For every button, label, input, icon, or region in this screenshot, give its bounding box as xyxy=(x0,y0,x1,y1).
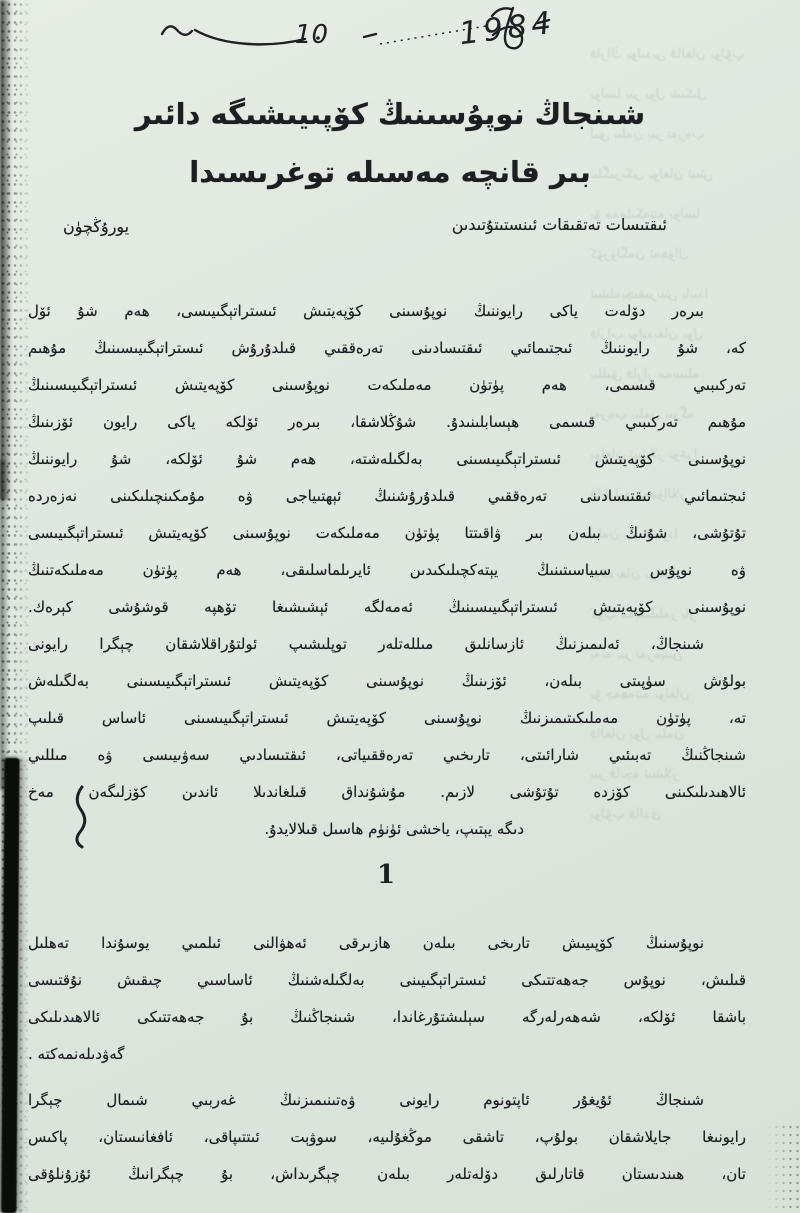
byline-author: يورۇڭچۈن xyxy=(63,217,129,236)
text-line: رايونىغا جايلاشقان بولۇپ، تاشقى موڭغۇلىي… xyxy=(28,1119,746,1156)
text-line: تەركىبىي قىسمى، ھەم پۈتۈن مەملىكەت نوپۇس… xyxy=(28,367,746,404)
text-line: نوپۇسنىڭ كۆپىيىش تارىخى بىلەن ھازىرقى ئە… xyxy=(28,925,746,962)
text-line: ۋە نوپۇس سىياسىتىنىڭ يېتەكچىلىكىدىن ئاير… xyxy=(28,552,746,589)
text-line: شىنجاڭنىڭ تەبىئىي شارائىتى، تارىخىي تەرە… xyxy=(28,737,746,774)
text-line: بولۇش سۈپىتى بىلەن، ئۆزىنىڭ نوپۇسىنى كۆپ… xyxy=(28,663,746,700)
text-line: باشقا ئۆلكە، شەھەرلەرگە سېلىشتۇرغاندا، ش… xyxy=(28,999,746,1036)
text-line: شىنجاڭ ئۇيغۇر ئاپتونوم رايونى ۋەتىنىمىزن… xyxy=(28,1082,746,1119)
handwritten-day: 10 xyxy=(295,20,328,50)
handwriting-dash xyxy=(364,34,376,37)
paragraph-2: نوپۇسنىڭ كۆپىيىش تارىخى بىلەن ھازىرقى ئە… xyxy=(28,925,746,1073)
paragraph-1: بىرەر دۆلەت ياكى رايوننىڭ نوپۇسىنى كۆپەي… xyxy=(28,293,746,848)
text-line: گەۋدىلەنمەكتە . xyxy=(28,1036,746,1073)
handwritten-date-note: 10 1984 xyxy=(140,0,650,60)
text-line: مۇھىم تەركىبىي قىسمى ھېسابلىنىدۇ. شۇڭلاش… xyxy=(28,404,746,441)
text-line: تە، پۈتۈن مەملىكىتىمىزنىڭ نوپۇسىنى كۆپەي… xyxy=(28,700,746,737)
handwriting-tail-stroke xyxy=(195,30,305,44)
byline: ئىقتىسات تەتقىقات ئىنستىتۇتىدىن يورۇڭچۈن xyxy=(0,215,800,249)
text-line: بىرەر دۆلەت ياكى رايوننىڭ نوپۇسىنى كۆپەي… xyxy=(28,293,746,330)
photocopy-binding-bar xyxy=(1,758,19,1213)
text-line: قىلىش، نوپۇس جەھەتتىكى ئىستراتېگىيىنى بە… xyxy=(28,962,746,999)
text-line: دىگە يېتىپ، ياخشى ئۈنۈم ھاسىل قىلالايدۇ. xyxy=(28,811,746,848)
text-line: تۇتۇشى، شۇنىڭ بىلەن بىر ۋاقىتتا پۈتۈن مە… xyxy=(28,515,746,552)
brace-stroke xyxy=(77,787,85,847)
section-number: 1 xyxy=(60,860,712,890)
byline-affiliation: ئىقتىسات تەتقىقات ئىنستىتۇتىدىن xyxy=(452,215,667,234)
handwritten-brace-mark xyxy=(70,785,92,849)
text-line: ئىجتىمائىي ئىقتىسادىنى تەرەققىي قىلدۇرۇش… xyxy=(28,478,746,515)
document-title-line1: شىنجاڭ نوپۇسىنىڭ كۆپىيىشىگە دائىر xyxy=(40,94,740,134)
text-line: نوپۇسىنى كۆپەيتىش ئىستراتېگىيىسىنىڭ ئەمە… xyxy=(28,589,746,626)
photocopy-corner-speckle xyxy=(766,1123,800,1213)
paragraph-3: شىنجاڭ ئۇيغۇر ئاپتونوم رايونى ۋەتىنىمىزن… xyxy=(28,1082,746,1193)
document-title-line2: بىر قانچە مەسىلە توغرىسىدا xyxy=(40,152,740,192)
handwriting-strokes: 10 1984 xyxy=(140,0,650,58)
scanned-page: قاراڭ بولىدىن قالغان بولۇپ بولسا بىر يول… xyxy=(0,0,800,1213)
text-line: شىنجاڭ، ئەلىمىزنىڭ ئازسانلىق مىللەتلەر ت… xyxy=(28,626,746,663)
text-line: ئالاھىدىلىكىنى كۆزدە تۇتۇشى لازىم. مۇشۇن… xyxy=(28,774,746,811)
text-line: تان، ھىندىستان قاتارلىق دۆلەتلەر بىلەن چ… xyxy=(28,1156,746,1193)
text-line: نوپۇسىنى كۆپەيتىش ئىستراتېگىيىسىنى بەلگى… xyxy=(28,441,746,478)
photocopy-left-shadow-top xyxy=(0,0,12,500)
text-line: كە، شۇ رايوننىڭ ئىجتىمائىي ئىقتىسادىنى ت… xyxy=(28,330,746,367)
handwriting-squiggle xyxy=(162,26,192,34)
photocopy-left-shadow-mid xyxy=(0,460,9,790)
